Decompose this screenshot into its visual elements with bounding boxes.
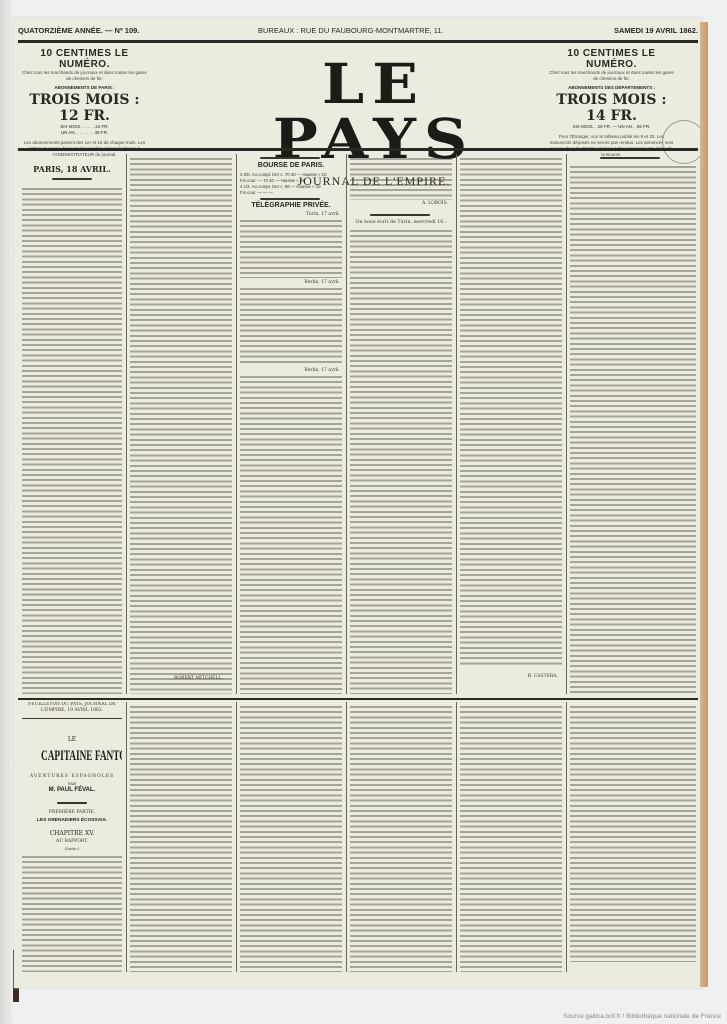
feuilleton-text bbox=[460, 704, 562, 972]
feuilleton-label: FEUILLETON DU PAYS, JOURNAL DE L'EMPIRE,… bbox=[22, 702, 122, 714]
lead-heading: PARIS, 18 AVRIL. bbox=[22, 164, 122, 174]
signature: A. LOBOIS. bbox=[422, 201, 448, 206]
dateline: Berlin, 17 avril. bbox=[304, 280, 340, 285]
article-text bbox=[350, 156, 452, 200]
feuilleton-column-4 bbox=[350, 702, 452, 972]
column-divider bbox=[236, 154, 237, 694]
offices-address: BUREAUX : RUE DU FAUBOURG-MONTMARTRE, 11… bbox=[258, 26, 444, 35]
newspaper-page: QUATORZIÈME ANNÉE. — Nº 109. BUREAUX : R… bbox=[14, 18, 702, 988]
column-3: BOURSE DE PARIS. 3 0/0. Au compt. Der c.… bbox=[240, 154, 342, 694]
feuilleton-text bbox=[240, 704, 342, 972]
article-text bbox=[130, 156, 232, 694]
column-2 bbox=[130, 154, 232, 694]
bourse-table: 3 0/0. Au compt. Der c. 70 40 — Hausse «… bbox=[240, 172, 342, 196]
price-per-issue: 10 CENTIMES LE NUMÉRO. bbox=[22, 48, 147, 70]
feuilleton-column-2 bbox=[130, 702, 232, 972]
top-line: QUATORZIÈME ANNÉE. — Nº 109. BUREAUX : R… bbox=[18, 24, 698, 38]
feuilleton-text bbox=[22, 854, 122, 972]
subscription-box-departments: 10 CENTIMES LE NUMÉRO. Chez tous les mar… bbox=[549, 48, 674, 158]
article-text bbox=[240, 218, 342, 278]
column-divider bbox=[566, 154, 567, 694]
telegraph-heading: TÉLÉGRAPHIE PRIVÉE. bbox=[240, 202, 342, 209]
top-rule bbox=[18, 40, 698, 43]
page-edge bbox=[700, 22, 708, 987]
feuilleton-part-title: LES GRENADIERS ÉCOSSAIS. bbox=[22, 818, 122, 823]
feuilleton-by: PAR bbox=[22, 781, 122, 786]
feuilleton-text bbox=[350, 704, 452, 972]
issue-date: SAMEDI 19 AVRIL 1862. bbox=[614, 26, 698, 35]
price-per-issue: 10 CENTIMES LE NUMÉRO. bbox=[549, 48, 674, 70]
feuilleton-chapter-title: AU RAPPORT. bbox=[22, 839, 122, 844]
feuilleton-continued: (Suite.) bbox=[22, 846, 122, 851]
feuilleton-genre: AVENTURES ESPAGNOLES bbox=[22, 774, 122, 779]
feuilleton-rule bbox=[18, 698, 698, 700]
article-text bbox=[350, 228, 452, 694]
column-divider bbox=[456, 154, 457, 694]
binding-spine bbox=[0, 0, 12, 1024]
ornament-rule bbox=[260, 198, 320, 200]
dateline: Berlin, 17 avril. bbox=[304, 368, 340, 373]
sales-note: Chez tous les marchands de journaux et d… bbox=[22, 70, 147, 82]
ornament-rule bbox=[260, 157, 320, 159]
column-5: B. CASTERA. bbox=[460, 154, 562, 694]
feuilleton-column-3 bbox=[240, 702, 342, 972]
feuilleton-kicker: LE bbox=[22, 736, 122, 743]
column-divider bbox=[126, 702, 127, 972]
column-divider bbox=[346, 702, 347, 972]
subscription-heading: ABONNEMENTS DE PARIS : bbox=[22, 85, 147, 90]
ornament-rule bbox=[370, 214, 430, 216]
feuilleton-column-5 bbox=[460, 702, 562, 972]
feuilleton-author: M. PAUL FÉVAL. bbox=[22, 787, 122, 793]
feuilleton-chapter: CHAPITRE XV. bbox=[22, 830, 122, 837]
issue-number: QUATORZIÈME ANNÉE. — Nº 109. bbox=[18, 26, 139, 35]
column-6 bbox=[570, 154, 696, 694]
masthead-rule bbox=[18, 148, 698, 151]
sales-note: Chez tous les marchands de journaux et d… bbox=[549, 70, 674, 82]
feuilleton-text bbox=[570, 704, 696, 962]
bourse-row: Fin cour. — — — bbox=[240, 190, 342, 196]
column-divider bbox=[566, 702, 567, 972]
ornament-rule bbox=[600, 157, 660, 159]
column-divider bbox=[456, 702, 457, 972]
ornament-rule bbox=[52, 178, 92, 180]
three-month-rate: TROIS MOIS : 12 FR. bbox=[22, 92, 147, 124]
column-4: A. LOBOIS. On nous écrit de Turin, mercr… bbox=[350, 154, 452, 694]
column-divider bbox=[346, 154, 347, 694]
feuilleton-text bbox=[130, 704, 232, 972]
column-divider bbox=[236, 702, 237, 972]
feuilleton-column-6 bbox=[570, 702, 696, 962]
article-text bbox=[460, 156, 562, 666]
dateline: Turin, 17 avril. bbox=[306, 212, 340, 217]
article-text bbox=[570, 164, 696, 694]
feuilleton-title: CAPITAINE FANTOME bbox=[41, 748, 103, 765]
signature: B. CASTERA. bbox=[528, 674, 558, 679]
ornament-rule bbox=[22, 718, 122, 719]
one-year-rate: UN AN. . . . . . . . 48 FR. bbox=[22, 130, 147, 136]
article-text bbox=[22, 186, 122, 694]
signature: ROBERT MITCHELL. bbox=[174, 676, 223, 681]
feuilleton-title-column: FEUILLETON DU PAYS, JOURNAL DE L'EMPIRE,… bbox=[22, 702, 122, 972]
three-month-rate: TROIS MOIS : 14 FR. bbox=[549, 92, 674, 124]
bourse-heading: BOURSE DE PARIS. bbox=[240, 162, 342, 169]
subscription-heading: ABONNEMENTS DES DÉPARTEMENTS : bbox=[549, 85, 674, 90]
subscription-box-paris: 10 CENTIMES LE NUMÉRO. Chez tous les mar… bbox=[22, 48, 147, 158]
article-text bbox=[240, 374, 342, 694]
source-credit: Source gallica.bnf.fr / Bibliothèque nat… bbox=[563, 1013, 721, 1020]
column-divider bbox=[126, 154, 127, 694]
feuilleton-part: PREMIÈRE PARTIE. bbox=[22, 810, 122, 815]
ornament-rule bbox=[57, 802, 87, 804]
longer-rates: SIX MOIS. . 28 FR. — UN AN. . 56 FR. bbox=[549, 124, 674, 130]
article-text bbox=[240, 286, 342, 366]
column-1: PARIS, 18 AVRIL. bbox=[22, 154, 122, 694]
dateline: On nous écrit de Turin, mercredi 16 : bbox=[350, 220, 452, 225]
